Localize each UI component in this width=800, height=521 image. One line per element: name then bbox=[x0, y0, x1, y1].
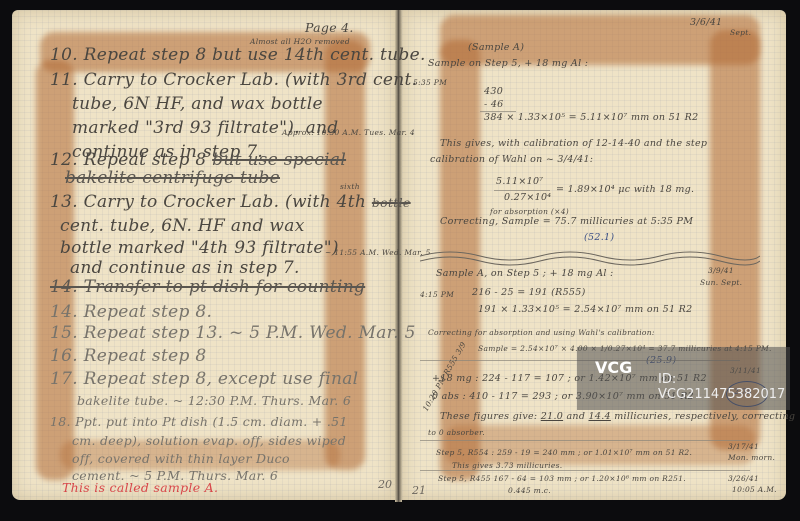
margin-note: Approx. 10:30 A.M. Tues. Mar. 4 bbox=[282, 128, 415, 137]
result: = 1.89×10⁴ μc with 18 mg. bbox=[556, 184, 694, 195]
text-line: This gives 3.73 millicuries. bbox=[452, 461, 562, 470]
sample-a-note: This is called sample A. bbox=[62, 480, 218, 495]
step-17: 17. Repeat step 8, except use final bbox=[50, 369, 358, 389]
page-number: 20 bbox=[378, 478, 392, 491]
text-line: Sample A, on Step 5 ; + 18 mg Al : bbox=[436, 268, 614, 279]
struck-line: bakelite centrifuge tube bbox=[65, 168, 280, 188]
step-18-line: off, covered with thin layer Duco bbox=[72, 451, 290, 466]
watermark-id: ID: VCG211475382017 bbox=[658, 372, 800, 402]
date-sub: Sept. bbox=[730, 28, 751, 37]
divider bbox=[420, 440, 750, 441]
date-sub: Sun. Sept. bbox=[700, 278, 742, 287]
result-line: Correcting, Sample = 75.7 millicuries at… bbox=[440, 216, 693, 227]
text-line: to 0 absorber. bbox=[428, 428, 485, 437]
calc: Step 5, R455 167 - 64 = 103 mm ; or 1.20… bbox=[438, 474, 686, 483]
date: 3/26/41 bbox=[728, 474, 759, 483]
note: for absorption (×4) bbox=[490, 207, 569, 216]
page-number: 21 bbox=[412, 484, 426, 497]
insert-note: sixth bbox=[340, 182, 360, 191]
step-18: 18. Ppt. put into Pt dish (1.5 cm. diam.… bbox=[50, 414, 348, 429]
time: 10:05 A.M. bbox=[732, 485, 777, 494]
text-line: 0.445 m.c. bbox=[508, 486, 551, 495]
calc: - 46 bbox=[484, 99, 504, 110]
step-10: 10. Repeat step 8 but use 14th cent. tub… bbox=[50, 45, 426, 65]
calc: 430 bbox=[484, 86, 503, 97]
divider bbox=[420, 470, 750, 471]
text-line: This gives, with calibration of 12-14-40… bbox=[440, 138, 707, 149]
margin-note: ~ 11:55 A.M. Wed. Mar. 5 bbox=[325, 248, 431, 257]
fraction-num: 5.11×10⁷ bbox=[496, 176, 543, 187]
fraction-rule bbox=[494, 190, 550, 191]
step-13-line: bottle marked "4th 93 filtrate") bbox=[60, 238, 339, 258]
date: 3/17/41 bbox=[728, 442, 759, 451]
wavy-divider bbox=[420, 248, 760, 268]
step-11: 11. Carry to Crocker Lab. (with 3rd cent… bbox=[50, 70, 417, 90]
date: 3/9/41 bbox=[708, 266, 734, 275]
page-header: Page 4. bbox=[305, 20, 354, 35]
step-14: 14. Repeat step 8. bbox=[50, 302, 212, 322]
step-11-line: tube, 6N HF, and wax bottle bbox=[72, 94, 323, 114]
stain bbox=[445, 425, 755, 465]
text-line: Sample on Step 5, + 18 mg Al : bbox=[428, 58, 588, 69]
blue-value: (52.1) bbox=[584, 232, 614, 243]
time: 4:15 PM bbox=[420, 290, 454, 299]
sample-label: (Sample A) bbox=[468, 42, 524, 53]
date: 3/6/41 bbox=[690, 17, 722, 28]
watermark-logo: VCG bbox=[595, 358, 632, 377]
step-15: 15. Repeat step 13. ~ 5 P.M. Wed. Mar. 5 bbox=[50, 323, 416, 343]
step-12: 12. Repeat step 8 but use special bbox=[50, 150, 346, 170]
calc: 216 - 25 = 191 (R555) bbox=[472, 287, 586, 298]
struck-step-14: 14. Transfer to pt dish for counting bbox=[50, 277, 365, 297]
calc-line: 384 × 1.33×10⁵ = 5.11×10⁷ mm on 51 R2 bbox=[484, 112, 698, 123]
step-18-line: cm. deep), solution evap. off, sides wip… bbox=[72, 433, 346, 448]
step-13-line: cent. tube, 6N. HF and wax bbox=[60, 216, 305, 236]
calc: 191 × 1.33×10⁵ = 2.54×10⁷ mm on 51 R2 bbox=[478, 304, 692, 315]
step-13: 13. Carry to Crocker Lab. (with 4th bott… bbox=[50, 192, 411, 212]
fraction-den: 0.27×10⁴ bbox=[504, 192, 551, 203]
date-sub: Mon. morn. bbox=[728, 453, 775, 462]
text-line: calibration of Wahl on ~ 3/4/41: bbox=[430, 154, 593, 165]
text-line: Correcting for absorption and using Wahl… bbox=[428, 328, 655, 337]
time: 5:35 PM bbox=[413, 78, 447, 87]
calc: Step 5, R554 : 259 - 19 = 240 mm ; or 1.… bbox=[436, 448, 692, 457]
text-line: These figures give: 21.0 and 14.4 millic… bbox=[440, 411, 795, 422]
step-17-line: bakelite tube. ~ 12:30 P.M. Thurs. Mar. … bbox=[77, 393, 351, 408]
step-13-line: and continue as in step 7. bbox=[70, 258, 300, 278]
step-16: 16. Repeat step 8 bbox=[50, 346, 206, 366]
